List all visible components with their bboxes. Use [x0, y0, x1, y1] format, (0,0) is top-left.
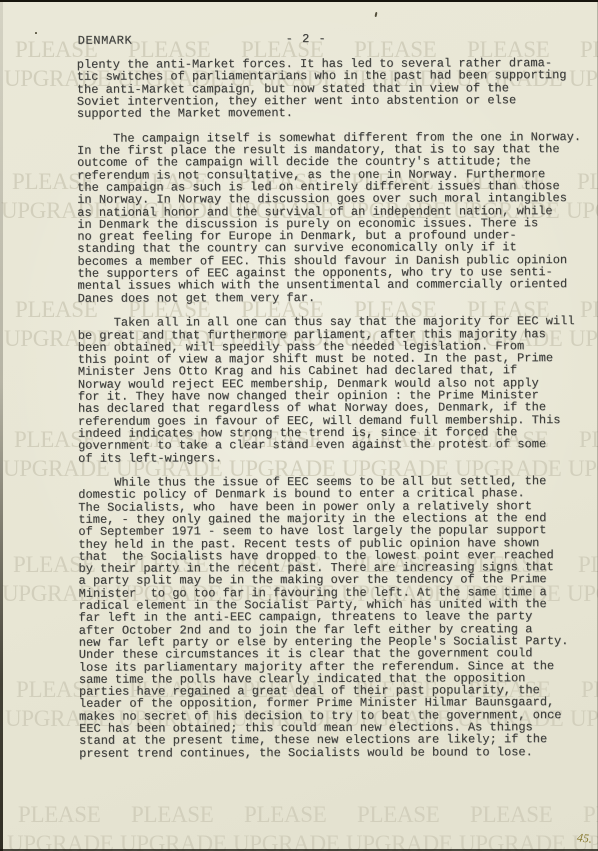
handwritten-page-annotation: 45. [576, 830, 592, 846]
text-line: mental issues which with the unsentiment… [77, 278, 577, 292]
text-line: Danes does not get them very far. [78, 291, 578, 305]
paragraph: plenty the anti-Market forces. It has le… [77, 57, 577, 120]
country-heading: DENMARK [78, 34, 133, 48]
text-line: government to take a clear stand even ag… [78, 438, 578, 452]
paragraph: While thus the issue of EEC seems to be … [78, 475, 579, 760]
typed-content: DENMARK - 2 - plenty the anti-Market for… [0, 0, 598, 851]
page-number: - 2 - [286, 32, 327, 46]
document-body: plenty the anti-Market forces. It has le… [77, 57, 579, 772]
text-line: supported the Market movement. [77, 106, 577, 120]
scan-edge-top [0, 0, 598, 2]
paragraph: Taken all in all one can thus say that t… [78, 315, 579, 464]
paragraph: The campaign itself is somewhat differen… [77, 131, 578, 305]
scan-artifact-speck [35, 32, 37, 34]
text-line: present trend continues, the Socialists … [79, 746, 579, 760]
scanned-document-page: PLEASEUPGRADEPLEASEUPGRADEPLEASEUPGRADEP… [0, 0, 598, 851]
scan-edge-left [0, 0, 3, 851]
text-line: of its left-wingers. [78, 451, 578, 465]
